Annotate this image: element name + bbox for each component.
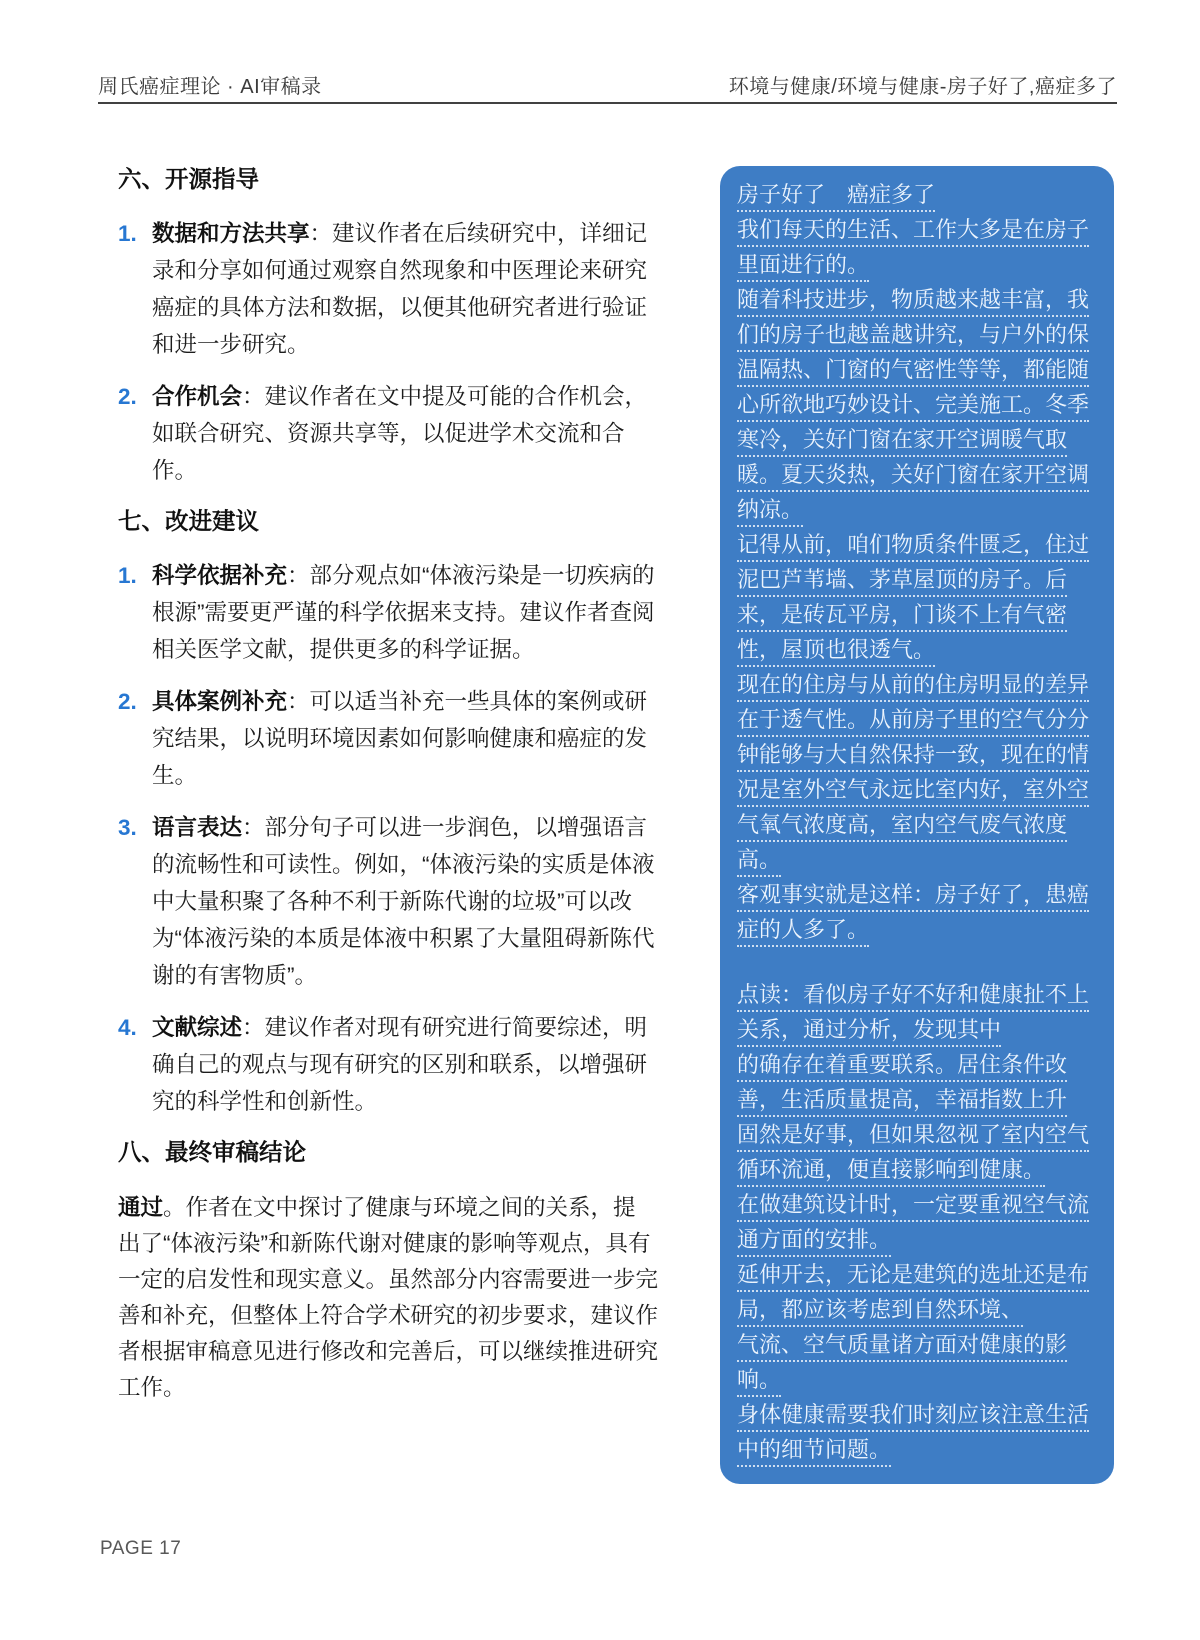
article-line: 泥巴芦苇墙、茅草屋顶的房子。后	[737, 567, 1067, 597]
article-excerpt-panel: 房子好了 癌症多了 我们每天的生活、工作大多是在房子 里面进行的。 随着科技进步…	[720, 166, 1114, 1484]
item-number: 4.	[118, 1009, 137, 1046]
article-line: 气氧气浓度高，室内空气废气浓度	[737, 812, 1067, 842]
item-number: 2.	[118, 378, 137, 415]
article-line: 暖。夏天炎热，关好门窗在家开空调	[737, 462, 1089, 492]
section-title: 六、开源指导	[118, 163, 658, 195]
article-line: 善，生活质量提高，幸福指数上升	[737, 1087, 1067, 1117]
article-line: 的确存在着重要联系。居住条件改	[737, 1052, 1067, 1082]
article-line: 关系，通过分析，发现其中	[737, 1017, 1001, 1047]
review-item: 1. 数据和方法共享：建议作者在后续研究中，详细记录和分享如何通过观察自然现象和…	[118, 215, 658, 363]
article-commentary-line: 点读：看似房子好不好和健康扯不上	[737, 982, 1089, 1012]
header-book-title: 周氏癌症理论 · AI审稿录	[98, 70, 322, 99]
article-line: 中的细节问题。	[737, 1437, 891, 1467]
item-label: 语言表达	[152, 815, 242, 840]
article-line: 症的人多了。	[737, 917, 869, 947]
item-number: 1.	[118, 557, 137, 594]
item-label: 数据和方法共享	[152, 221, 310, 246]
article-line: 来，是砖瓦平房，门谈不上有气密	[737, 602, 1067, 632]
section-open-source-guidance: 六、开源指导 1. 数据和方法共享：建议作者在后续研究中，详细记录和分享如何通过…	[118, 163, 658, 489]
review-item: 3. 语言表达：部分句子可以进一步润色，以增强语言的流畅性和可读性。例如，“体液…	[118, 809, 658, 994]
page-number: PAGE 17	[100, 1538, 181, 1560]
page-header: 周氏癌症理论 · AI审稿录 环境与健康/环境与健康-房子好了,癌症多了	[98, 70, 1117, 99]
article-line: 寒冷，关好门窗在家开空调暖气取	[737, 427, 1067, 457]
header-chapter-breadcrumb: 环境与健康/环境与健康-房子好了,癌症多了	[729, 70, 1117, 99]
article-line: 局，都应该考虑到自然环境、	[737, 1297, 1023, 1327]
verdict-pass-label: 通过	[118, 1195, 163, 1220]
section-improvement-suggestions: 七、改进建议 1. 科学依据补充：部分观点如“体液污染是一切疾病的根源”需要更严…	[118, 505, 658, 1120]
article-line: 气流、空气质量诸方面对健康的影	[737, 1332, 1067, 1362]
article-line: 况是室外空气永远比室内好，室外空	[737, 777, 1089, 807]
final-verdict-paragraph: 通过。作者在文中探讨了健康与环境之间的关系，提出了“体液污染”和新陈代谢对健康的…	[118, 1190, 658, 1406]
article-line: 随着科技进步，物质越来越丰富，我	[737, 287, 1089, 317]
article-line: 现在的住房与从前的住房明显的差异	[737, 672, 1089, 702]
article-line: 记得从前，咱们物质条件匮乏，住过	[737, 532, 1089, 562]
header-rule	[98, 102, 1117, 104]
section-title: 八、最终审稿结论	[118, 1136, 658, 1168]
article-line: 们的房子也越盖越讲究，与户外的保	[737, 322, 1089, 352]
item-label: 文献综述	[152, 1015, 242, 1040]
article-line: 客观事实就是这样：房子好了，患癌	[737, 882, 1089, 912]
article-line: 循环流通，便直接影响到健康。	[737, 1157, 1045, 1187]
article-line: 响。	[737, 1367, 781, 1397]
item-label: 科学依据补充	[152, 563, 287, 588]
article-line: 我们每天的生活、工作大多是在房子	[737, 217, 1089, 247]
article-line: 延伸开去，无论是建筑的选址还是布	[737, 1262, 1089, 1292]
review-item: 4. 文献综述：建议作者对现有研究进行简要综述，明确自己的观点与现有研究的区别和…	[118, 1009, 658, 1120]
section-title: 七、改进建议	[118, 505, 658, 537]
verdict-text: 。作者在文中探讨了健康与环境之间的关系，提出了“体液污染”和新陈代谢对健康的影响…	[118, 1195, 658, 1400]
item-number: 3.	[118, 809, 137, 846]
book-page: 周氏癌症理论 · AI审稿录 环境与健康/环境与健康-房子好了,癌症多了 六、开…	[0, 0, 1200, 1640]
review-item: 1. 科学依据补充：部分观点如“体液污染是一切疾病的根源”需要更严谨的科学依据来…	[118, 557, 658, 668]
item-text: ：部分句子可以进一步润色，以增强语言的流畅性和可读性。例如，“体液污染的实质是体…	[152, 815, 655, 988]
article-line: 纳凉。	[737, 497, 803, 527]
article-line: 高。	[737, 847, 781, 877]
review-column: 六、开源指导 1. 数据和方法共享：建议作者在后续研究中，详细记录和分享如何通过…	[118, 163, 658, 1406]
article-line: 心所欲地巧妙设计、完美施工。冬季	[737, 392, 1089, 422]
article-line: 通方面的安排。	[737, 1227, 891, 1257]
article-line: 身体健康需要我们时刻应该注意生活	[737, 1402, 1089, 1432]
article-line: 里面进行的。	[737, 252, 869, 282]
item-label: 合作机会	[152, 384, 242, 409]
section-final-verdict: 八、最终审稿结论 通过。作者在文中探讨了健康与环境之间的关系，提出了“体液污染”…	[118, 1136, 658, 1406]
item-number: 2.	[118, 683, 137, 720]
item-number: 1.	[118, 215, 137, 252]
item-label: 具体案例补充	[152, 689, 287, 714]
article-line: 在于透气性。从前房子里的空气分分	[737, 707, 1089, 737]
review-item: 2. 合作机会：建议作者在文中提及可能的合作机会，如联合研究、资源共享等，以促进…	[118, 378, 658, 489]
article-line: 在做建筑设计时，一定要重视空气流	[737, 1192, 1089, 1222]
article-line: 性，屋顶也很透气。	[737, 637, 935, 667]
article-title-line: 房子好了 癌症多了	[737, 182, 935, 212]
review-item: 2. 具体案例补充：可以适当补充一些具体的案例或研究结果，以说明环境因素如何影响…	[118, 683, 658, 794]
article-line: 固然是好事，但如果忽视了室内空气	[737, 1122, 1089, 1152]
article-line: 钟能够与大自然保持一致，现在的情	[737, 742, 1089, 772]
article-line: 温隔热、门窗的气密性等等，都能随	[737, 357, 1089, 387]
